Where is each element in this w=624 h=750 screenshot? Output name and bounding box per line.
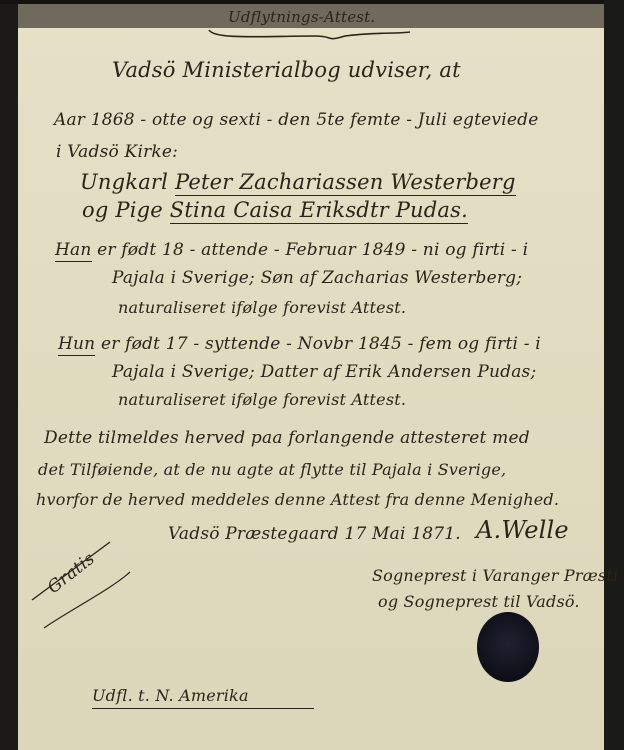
- bride-name: Stina Caisa Eriksdtr Pudas.: [170, 198, 468, 224]
- top-border: [0, 0, 624, 4]
- document-title: Udflytnings-Attest.: [228, 8, 375, 26]
- bride-prefix: og Pige: [82, 198, 163, 222]
- signer-title-line-2: og Sogneprest til Vadsö.: [378, 592, 580, 611]
- place-date: Vadsö Præstegaard 17 Mai 1871.: [168, 524, 461, 544]
- groom-details-line-1: Han er født 18 - attende - Februar 1849 …: [55, 240, 528, 260]
- groom-line: Ungkarl Peter Zachariassen Westerberg: [80, 170, 516, 194]
- closing-line-2: det Tilføiende, at de nu agte at flytte …: [38, 460, 506, 479]
- bride-details-line-3: naturaliseret ifølge forevist Attest.: [118, 390, 406, 409]
- record-line-1: Aar 1868 - otte og sexti - den 5te femte…: [54, 110, 538, 130]
- signature: A.Welle: [476, 516, 569, 544]
- document-heading: Vadsö Ministerialbog udviser, at: [112, 58, 461, 82]
- record-line-2: i Vadsö Kirke:: [56, 142, 178, 162]
- footer-note: Udfl. t. N. Amerika: [92, 686, 314, 709]
- wax-seal: [477, 612, 539, 682]
- groom-birth-text: er født 18 - attende - Februar 1849 - ni…: [97, 240, 528, 260]
- closing-line-3: hvorfor de herved meddeles denne Attest …: [36, 490, 559, 509]
- bride-birth-text: er født 17 - syttende - Novbr 1845 - fem…: [101, 334, 541, 354]
- groom-label: Han: [55, 240, 92, 262]
- groom-details-line-3: naturaliseret ifølge forevist Attest.: [118, 298, 406, 317]
- bride-line: og Pige Stina Caisa Eriksdtr Pudas.: [82, 198, 468, 222]
- right-border: [604, 0, 624, 750]
- groom-details-line-2: Pajala i Sverige; Søn af Zacharias Weste…: [112, 268, 522, 288]
- signer-title-line-1: Sogneprest i Varanger Præsti: [372, 566, 618, 585]
- groom-prefix: Ungkarl: [80, 170, 168, 194]
- bride-details-line-1: Hun er født 17 - syttende - Novbr 1845 -…: [58, 334, 541, 354]
- closing-line-1: Dette tilmeldes herved paa forlangende a…: [44, 428, 530, 448]
- groom-name: Peter Zachariassen Westerberg: [175, 170, 516, 196]
- bride-label: Hun: [58, 334, 95, 356]
- bride-details-line-2: Pajala i Sverige; Datter af Erik Anderse…: [112, 362, 536, 382]
